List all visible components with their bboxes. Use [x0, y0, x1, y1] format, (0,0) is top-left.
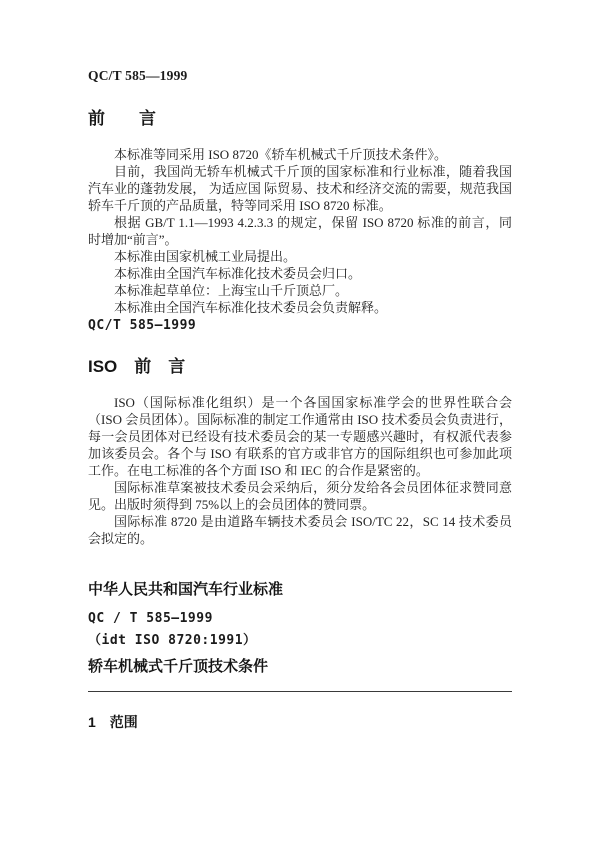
foreword-paragraph: 目前，我国尚无轿车机械式千斤顶的国家标准和行业标准，随着我国汽车业的蓬勃发展， …: [88, 163, 512, 214]
foreword-heading: 前 言: [88, 104, 512, 129]
section-1-heading: 1范围: [88, 712, 512, 732]
foreword-paragraph: 本标准由国家机械工业局提出。: [88, 248, 512, 265]
standard-title: 轿车机械式千斤顶技术条件: [88, 655, 512, 676]
iso-foreword-heading: ISO 前 言: [88, 352, 512, 377]
standard-idt-reference: （idt ISO 8720:1991）: [88, 629, 512, 648]
running-header-2: QC/T 585—1999: [88, 318, 512, 333]
foreword-paragraph: 本标准由全国汽车标准化技术委员会负责解释。: [88, 299, 512, 316]
document-page: QC/T 585—1999 前 言 本标准等同采用 ISO 8720《轿车机械式…: [0, 0, 600, 849]
iso-foreword-paragraph: 国际标准 8720 是由道路车辆技术委员会 ISO/TC 22，SC 14 技术…: [88, 513, 512, 547]
foreword-paragraph: 本标准由全国汽车标准化技术委员会归口。: [88, 265, 512, 282]
separator-line: [88, 691, 512, 692]
section-number: 1: [88, 714, 96, 730]
foreword-paragraph: 本标准等同采用 ISO 8720《轿车机械式千斤顶技术条件》。: [88, 146, 512, 163]
section-title: 范围: [110, 714, 138, 730]
foreword-body: 本标准等同采用 ISO 8720《轿车机械式千斤顶技术条件》。 目前，我国尚无轿…: [88, 146, 512, 316]
foreword-paragraph: 根据 GB/T 1.1—1993 4.2.3.3 的规定，保留 ISO 8720…: [88, 214, 512, 248]
iso-foreword-body: ISO（国际标准化组织）是一个各国国家标准学会的世界性联合会（ISO 会员团体）…: [88, 394, 512, 547]
iso-foreword-paragraph: 国际标准草案被技术委员会采纳后，须分发给各会员团体征求赞同意见。出版时须得到 7…: [88, 479, 512, 513]
foreword-paragraph: 本标准起草单位：上海宝山千斤顶总厂。: [88, 282, 512, 299]
standard-code: QC / T 585—1999: [88, 611, 512, 626]
running-header: QC/T 585—1999: [88, 68, 512, 84]
iso-foreword-paragraph: ISO（国际标准化组织）是一个各国国家标准学会的世界性联合会（ISO 会员团体）…: [88, 394, 512, 479]
standard-organization-title: 中华人民共和国汽车行业标准: [88, 578, 512, 599]
